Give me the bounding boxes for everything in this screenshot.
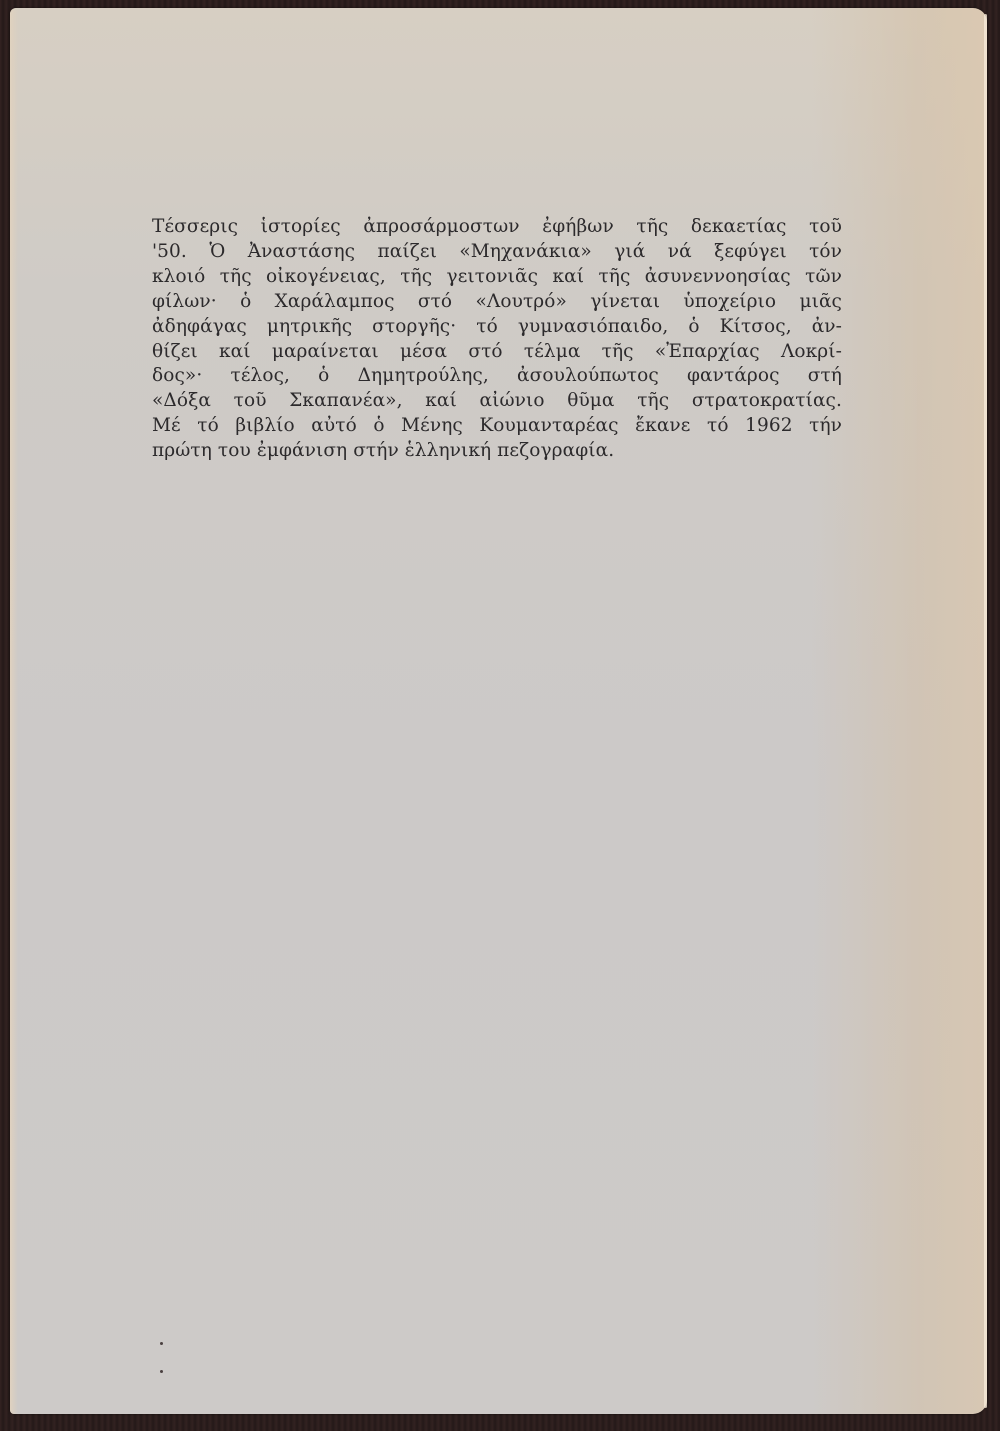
blurb-line: δος»· τέλος, ὁ Δημητρούλης, ἀσουλούπωτος…: [152, 364, 842, 389]
blurb-line: κλοιό τῆς οἰκογένειας, τῆς γειτονιᾶς καί…: [152, 265, 842, 290]
blurb-line: '50. Ὁ Ἀναστάσης παίζει «Μηχανάκια» γιά …: [152, 240, 842, 265]
blurb-line: Μέ τό βιβλίο αὐτό ὁ Μένης Κουμανταρέας ἔ…: [152, 414, 842, 439]
blurb-line: πρώτη του ἐμφάνιση στήν ἑλληνική πεζογρα…: [152, 439, 842, 464]
paper-speck: [160, 1342, 163, 1345]
blurb-text: Τέσσερις ἱστορίες ἀπροσάρμοστων ἐφήβων τ…: [152, 215, 842, 464]
blurb-line: «Δόξα τοῦ Σκαπανέα», καί αἰώνιο θῦμα τῆς…: [152, 389, 842, 414]
paper-speck: [160, 1370, 163, 1373]
blurb-line: Τέσσερις ἱστορίες ἀπροσάρμοστων ἐφήβων τ…: [152, 215, 842, 240]
blurb-line: θίζει καί μαραίνεται μέσα στό τέλμα τῆς …: [152, 340, 842, 365]
blurb-line: ἀδηφάγας μητρικῆς στοργῆς· τό γυμνασιόπα…: [152, 315, 842, 340]
blurb-line: φίλων· ὁ Χαράλαμπος στό «Λουτρό» γίνεται…: [152, 290, 842, 315]
